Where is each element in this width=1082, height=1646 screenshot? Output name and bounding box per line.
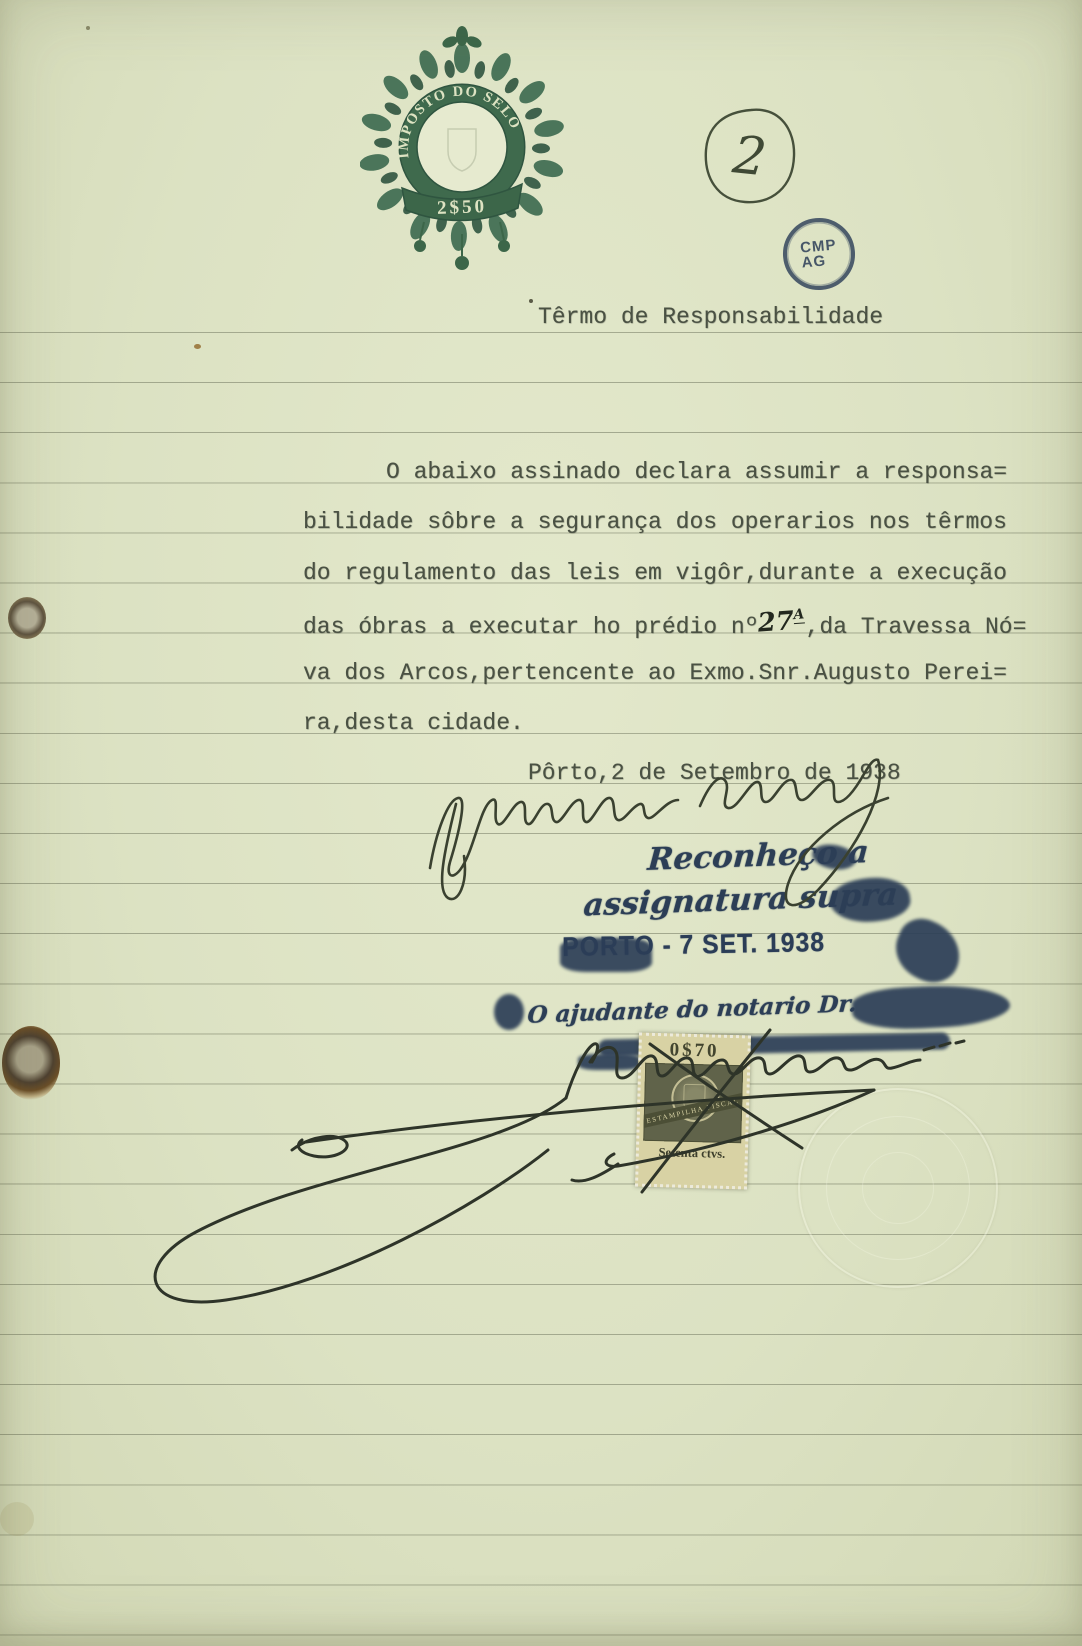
body-line-5: va dos Arcos,pertencente ao Exmo.Snr.Aug… bbox=[303, 662, 1007, 685]
document-title: Têrmo de Responsabilidade bbox=[538, 306, 883, 329]
body-line-3: do regulamento das leis em vigôr,durante… bbox=[303, 562, 1007, 585]
cmp-ag-round-stamp: CMP AG bbox=[780, 215, 858, 293]
body-line-4-typed-end: ,da Travessa Nó= bbox=[806, 614, 1027, 640]
body-line-6: ra,desta cidade. bbox=[303, 712, 524, 735]
paper-stain bbox=[0, 1502, 34, 1536]
body-line-2: bilidade sôbre a segurança dos operarios… bbox=[303, 511, 1007, 534]
scanned-document-page: IMPOSTO DO SELO 2$50 2 CMP AG Têrmo de R… bbox=[0, 0, 1082, 1646]
page-number-digit: 2 bbox=[729, 125, 769, 188]
revenue-stamp-value: 0$70 bbox=[645, 1039, 744, 1064]
embossed-notary-dry-seal bbox=[798, 1088, 998, 1288]
punch-hole-rusted bbox=[2, 1026, 60, 1100]
punch-hole bbox=[8, 597, 46, 639]
revenue-stamp-vignette: ESTAMPILHA FISCAL bbox=[643, 1063, 743, 1144]
ink-speck bbox=[529, 299, 533, 303]
body-line-1: O abaixo assinado declara assumir a resp… bbox=[386, 461, 1007, 484]
handwritten-house-number: 27A bbox=[757, 607, 806, 636]
ink-speck bbox=[86, 26, 90, 30]
tax-seal-value: 2$50 bbox=[437, 196, 488, 219]
dateline: Pôrto,2 de Setembro de 1938 bbox=[528, 762, 901, 785]
ink-smudge bbox=[494, 994, 524, 1030]
body-line-4: das óbras a executar ho prédio nº27A,da … bbox=[303, 612, 1026, 639]
revenue-stamp: 0$70 ESTAMPILHA FISCAL Setenta ctvs. bbox=[635, 1033, 751, 1190]
body-line-4-typed: das óbras a executar ho prédio nº bbox=[303, 614, 758, 640]
handwritten-page-number: 2 bbox=[695, 104, 807, 212]
ink-smudge bbox=[578, 1054, 640, 1070]
ink-smudge bbox=[560, 938, 652, 972]
imposto-do-selo-seal: IMPOSTO DO SELO 2$50 bbox=[360, 24, 564, 276]
paper-stain bbox=[194, 344, 201, 349]
revenue-stamp-denomination: Setenta ctvs. bbox=[643, 1145, 741, 1163]
cmp-stamp-line2: AG bbox=[801, 253, 827, 270]
